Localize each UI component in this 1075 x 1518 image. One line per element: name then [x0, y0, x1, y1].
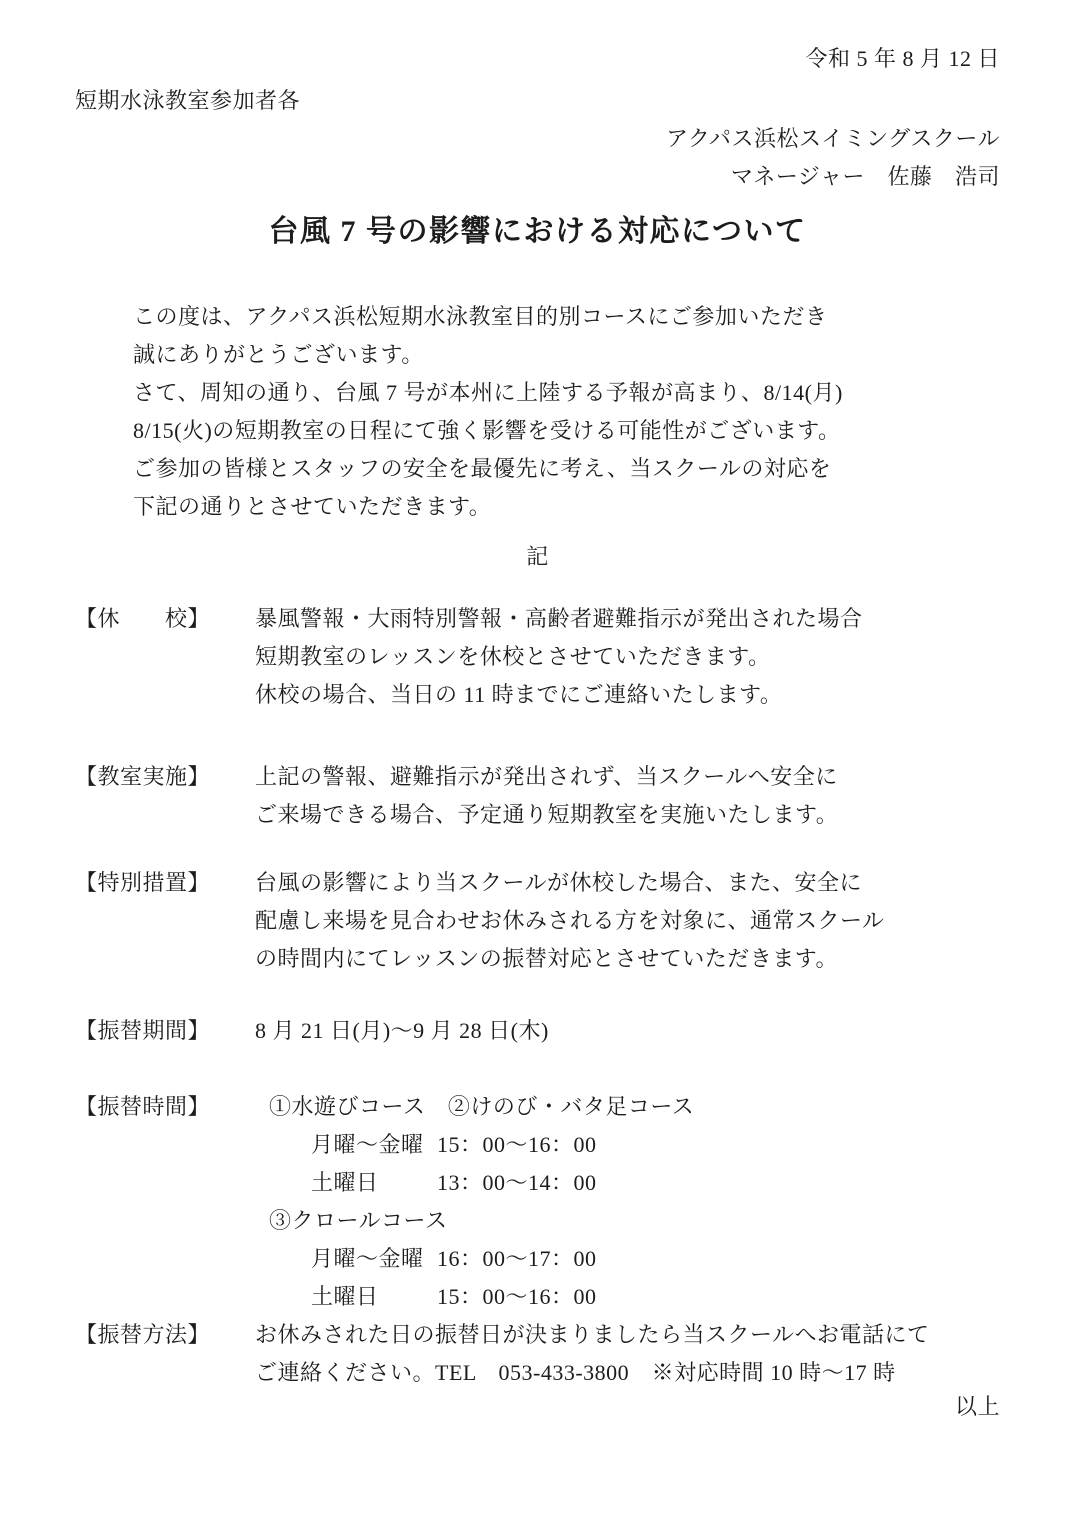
intro-line-6: 下記の通りとさせていただきます。 — [133, 488, 1000, 526]
schedule-day: 土曜日 — [311, 1278, 437, 1316]
schedule-day: 月曜～金曜 — [311, 1240, 437, 1278]
section-class-held-content: 上記の警報、避難指示が発出されず、当スクールへ安全に ご来場できる場合、予定通り… — [255, 758, 1000, 834]
schedule-day: 土曜日 — [311, 1164, 437, 1202]
note-marker: 記 — [75, 538, 1000, 576]
intro-line-4: 8/15(火)の短期教室の日程にて強く影響を受ける可能性がございます。 — [133, 412, 1000, 450]
section-makeup-method-line-1: お休みされた日の振替日が決まりましたら当スクールへお電話にて — [255, 1316, 1000, 1354]
recipient-line: 短期水泳教室参加者各 — [75, 82, 1000, 120]
section-makeup-method-label: 【振替方法】 — [75, 1316, 255, 1354]
schedule-row: 土曜日 13：00～14：00 — [255, 1164, 1000, 1202]
section-special-measures-line-2: 配慮し来場を見合わせお休みされる方を対象に、通常スクール — [255, 902, 1000, 940]
intro-line-2: 誠にありがとうございます。 — [133, 336, 1000, 374]
section-closure-label: 【休 校】 — [75, 600, 255, 638]
section-makeup-times-content: ①水遊びコース ②けのび・バタ足コース 月曜～金曜 15：00～16：00 土曜… — [255, 1088, 1000, 1316]
section-makeup-method-line-2: ご連絡ください。TEL 053-433-3800 ※対応時間 10 時～17 時 — [255, 1354, 1000, 1392]
intro-line-1: この度は、アクパス浜松短期水泳教室目的別コースにご参加いただき — [133, 298, 1000, 336]
section-class-held-label: 【教室実施】 — [75, 758, 255, 796]
intro-paragraph: この度は、アクパス浜松短期水泳教室目的別コースにご参加いただき 誠にありがとうご… — [75, 298, 1000, 526]
schedule-time: 15：00～16：00 — [437, 1126, 597, 1164]
schedule-row: 土曜日 15：00～16：00 — [255, 1278, 1000, 1316]
section-makeup-times-label: 【振替時間】 — [75, 1088, 255, 1126]
sender-organization: アクパス浜松スイミングスクール — [75, 120, 1000, 158]
document-page: 令和 5 年 8 月 12 日 短期水泳教室参加者各 アクパス浜松スイミングスク… — [0, 0, 1075, 1518]
section-makeup-period: 【振替期間】 8 月 21 日(月)～9 月 28 日(木) — [75, 1012, 1000, 1050]
section-makeup-period-content: 8 月 21 日(月)～9 月 28 日(木) — [255, 1012, 1000, 1050]
intro-line-5: ご参加の皆様とスタッフの安全を最優先に考え、当スクールの対応を — [133, 450, 1000, 488]
document-title: 台風 7 号の影響における対応について — [75, 210, 1000, 254]
section-makeup-period-line-1: 8 月 21 日(月)～9 月 28 日(木) — [255, 1012, 1000, 1050]
section-class-held-line-1: 上記の警報、避難指示が発出されず、当スクールへ安全に — [255, 758, 1000, 796]
section-closure-line-3: 休校の場合、当日の 11 時までにご連絡いたします。 — [255, 676, 1000, 714]
section-class-held: 【教室実施】 上記の警報、避難指示が発出されず、当スクールへ安全に ご来場できる… — [75, 758, 1000, 834]
section-makeup-method: 【振替方法】 お休みされた日の振替日が決まりましたら当スクールへお電話にて ご連… — [75, 1316, 1000, 1392]
section-special-measures-label: 【特別措置】 — [75, 864, 255, 902]
closing-word: 以上 — [75, 1388, 1000, 1426]
schedule-row: 月曜～金曜 16：00～17：00 — [255, 1240, 1000, 1278]
section-makeup-period-label: 【振替期間】 — [75, 1012, 255, 1050]
course-group-2-heading: ③クロールコース — [255, 1202, 1000, 1240]
schedule-time: 13：00～14：00 — [437, 1164, 597, 1202]
section-special-measures-content: 台風の影響により当スクールが休校した場合、また、安全に 配慮し来場を見合わせお休… — [255, 864, 1000, 978]
section-class-held-line-2: ご来場できる場合、予定通り短期教室を実施いたします。 — [255, 796, 1000, 834]
section-makeup-times: 【振替時間】 ①水遊びコース ②けのび・バタ足コース 月曜～金曜 15：00～1… — [75, 1088, 1000, 1316]
section-closure-content: 暴風警報・大雨特別警報・高齢者避難指示が発出された場合 短期教室のレッスンを休校… — [255, 600, 1000, 714]
section-special-measures: 【特別措置】 台風の影響により当スクールが休校した場合、また、安全に 配慮し来場… — [75, 864, 1000, 978]
intro-line-3: さて、周知の通り、台風 7 号が本州に上陸する予報が高まり、8/14(月) — [133, 374, 1000, 412]
section-closure: 【休 校】 暴風警報・大雨特別警報・高齢者避難指示が発出された場合 短期教室のレ… — [75, 600, 1000, 714]
schedule-row: 月曜～金曜 15：00～16：00 — [255, 1126, 1000, 1164]
document-date: 令和 5 年 8 月 12 日 — [75, 40, 1000, 78]
schedule-time: 15：00～16：00 — [437, 1278, 597, 1316]
sender-block: アクパス浜松スイミングスクール マネージャー 佐藤 浩司 — [75, 120, 1000, 196]
course-group-1-heading: ①水遊びコース ②けのび・バタ足コース — [255, 1088, 1000, 1126]
schedule-time: 16：00～17：00 — [437, 1240, 597, 1278]
section-makeup-method-content: お休みされた日の振替日が決まりましたら当スクールへお電話にて ご連絡ください。T… — [255, 1316, 1000, 1392]
section-special-measures-line-1: 台風の影響により当スクールが休校した場合、また、安全に — [255, 864, 1000, 902]
section-closure-line-1: 暴風警報・大雨特別警報・高齢者避難指示が発出された場合 — [255, 600, 1000, 638]
sender-manager: マネージャー 佐藤 浩司 — [75, 158, 1000, 196]
section-special-measures-line-3: の時間内にてレッスンの振替対応とさせていただきます。 — [255, 940, 1000, 978]
schedule-day: 月曜～金曜 — [311, 1126, 437, 1164]
section-closure-line-2: 短期教室のレッスンを休校とさせていただきます。 — [255, 638, 1000, 676]
